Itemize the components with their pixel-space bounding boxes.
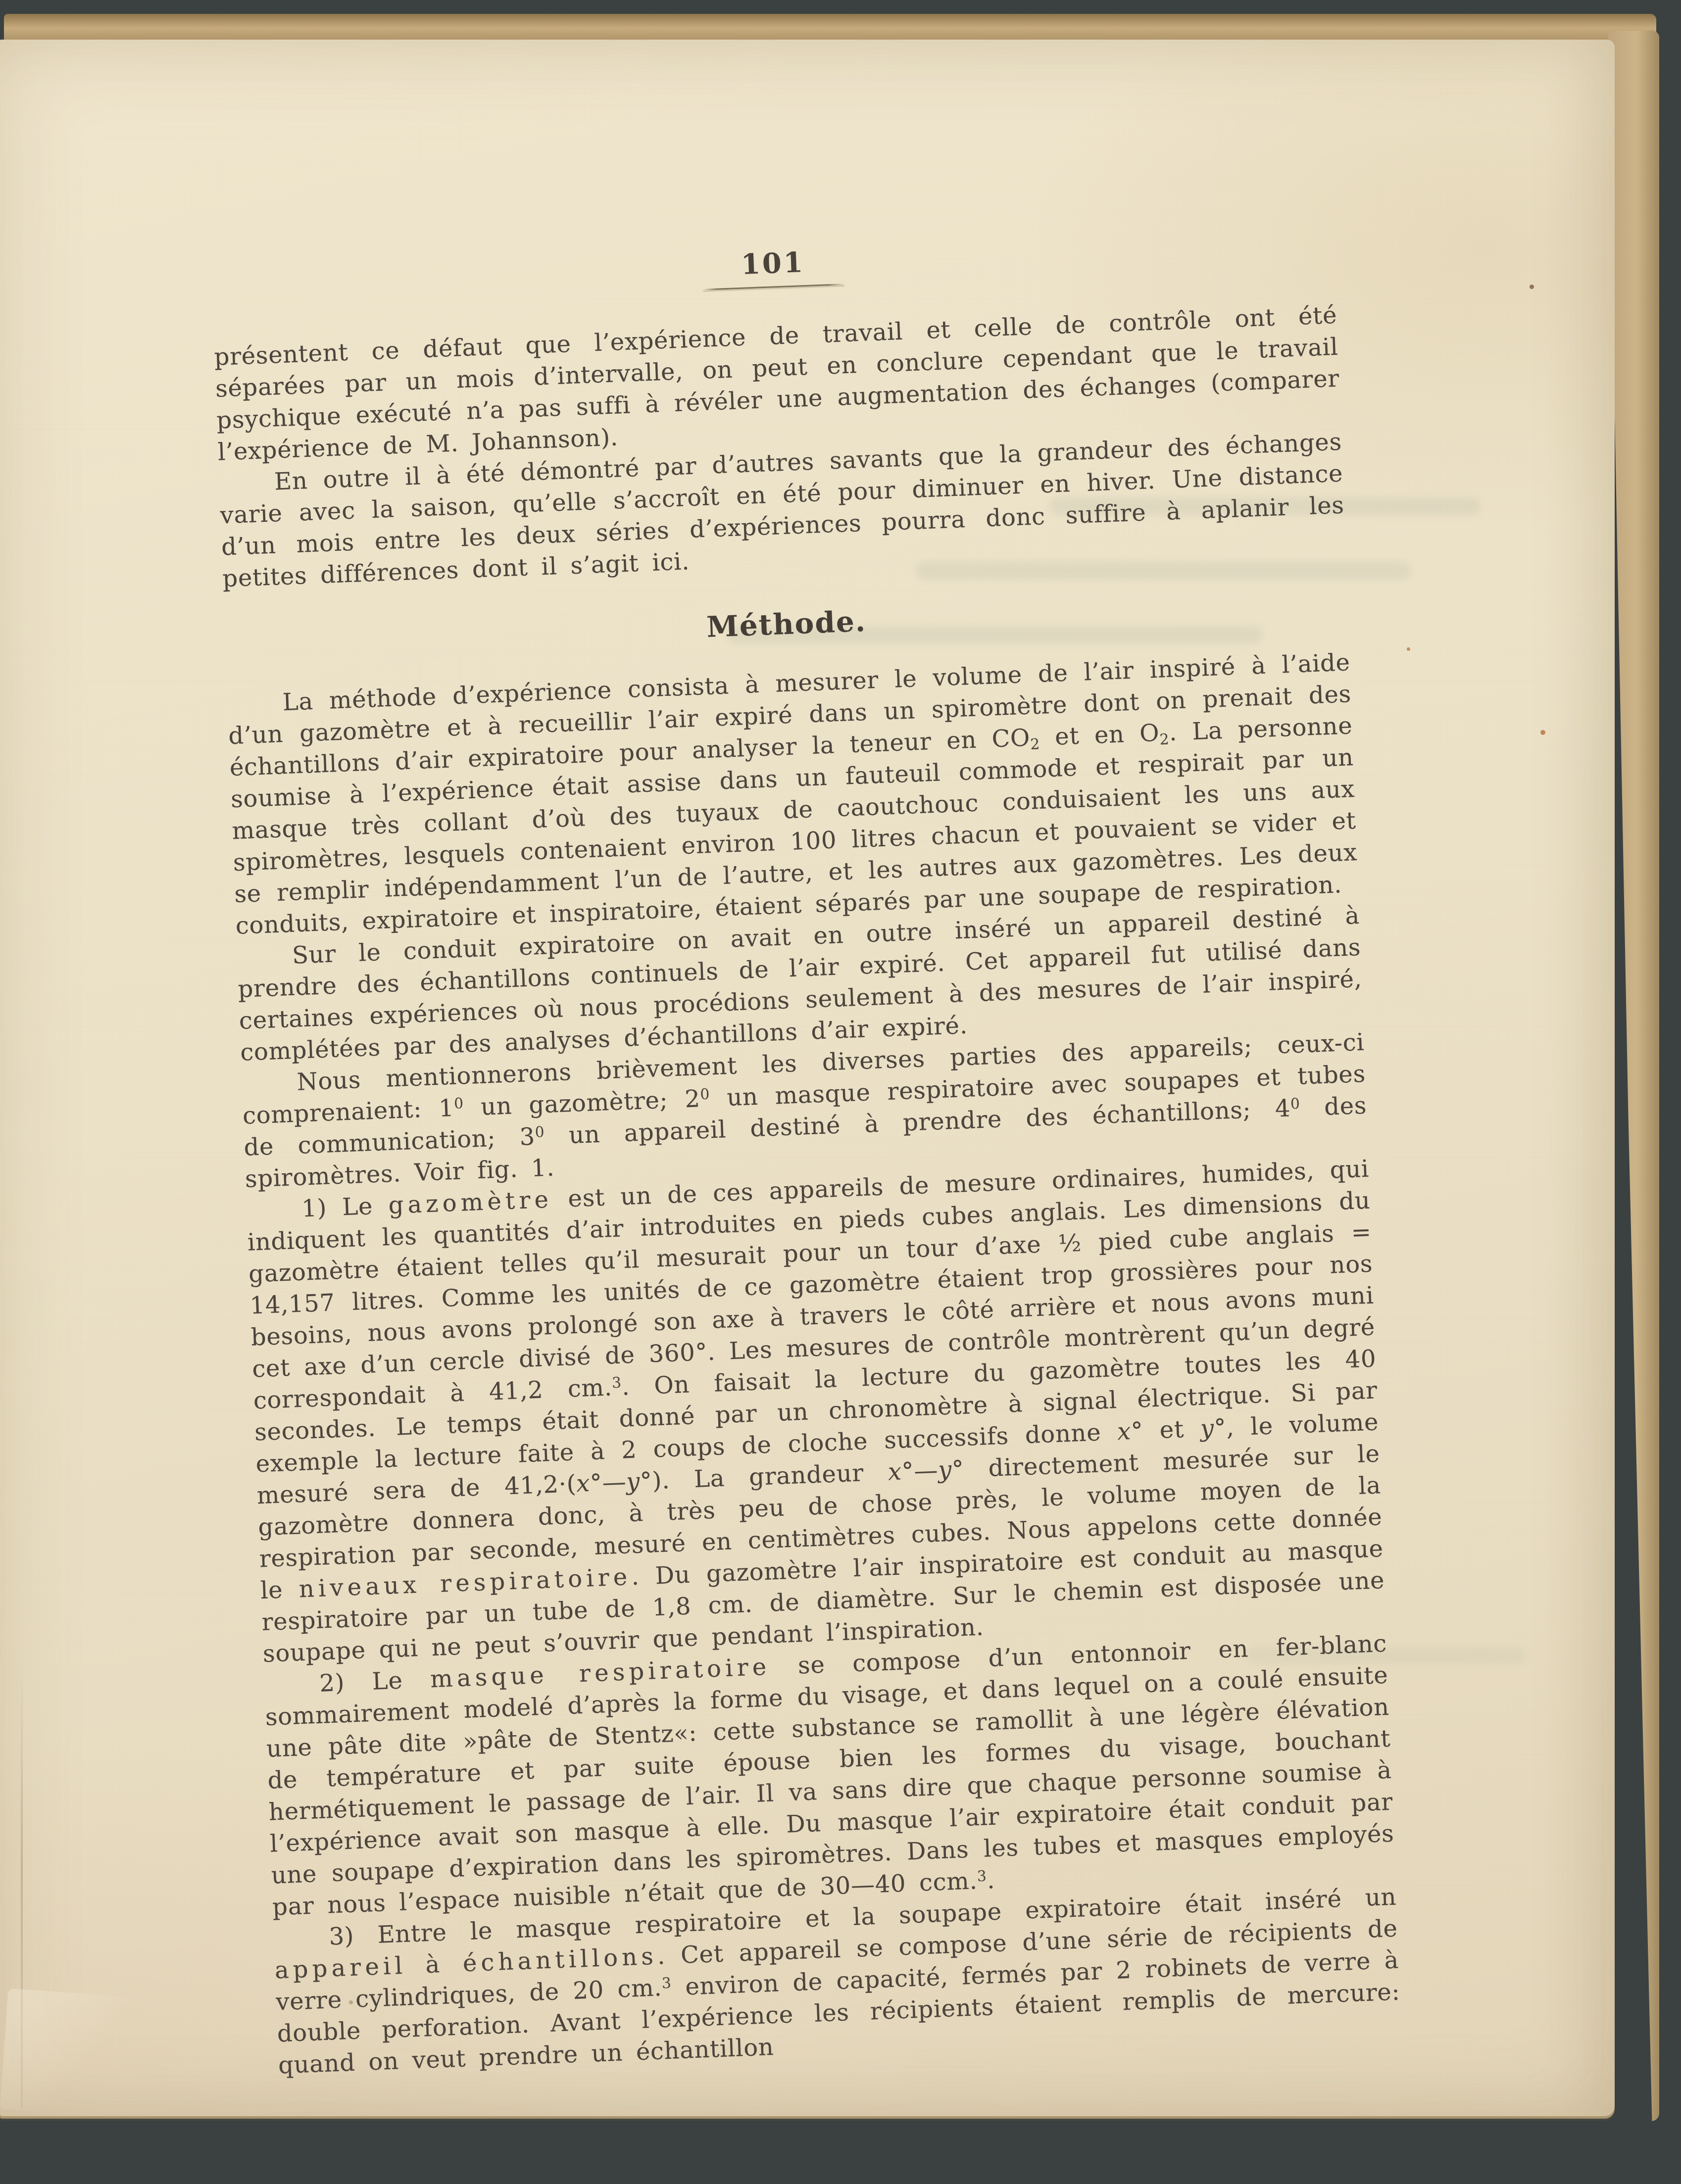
page-surface: 101 présentent ce défaut que l’expérienc… [0, 40, 1615, 2116]
paper-speck [1407, 647, 1410, 651]
page-top-edge [4, 14, 1656, 42]
paragraph: 1) Le gazomètre est un de ces appareils … [246, 1153, 1386, 1670]
scan-background: 101 présentent ce défaut que l’expérienc… [0, 0, 1681, 2184]
page-number-rule [703, 284, 844, 291]
text-block: 101 présentent ce défaut que l’expérienc… [211, 228, 1402, 2082]
page-number: 101 [211, 228, 1335, 299]
page-sheet: 101 présentent ce défaut que l’expérienc… [0, 14, 1659, 2121]
paper-speck [1540, 730, 1545, 735]
text-flow: présentent ce défaut que l’expérience de… [213, 299, 1401, 2082]
page-right-deckle-edge [1608, 31, 1659, 2121]
paragraph: 2) Le masque respiratoire se compose d’u… [263, 1628, 1396, 1923]
corner-fold [0, 1989, 156, 2119]
paper-speck [1530, 285, 1534, 289]
paragraph: La méthode d’expérience consista à mesur… [227, 646, 1359, 942]
section-heading: Méthode. [224, 587, 1348, 661]
